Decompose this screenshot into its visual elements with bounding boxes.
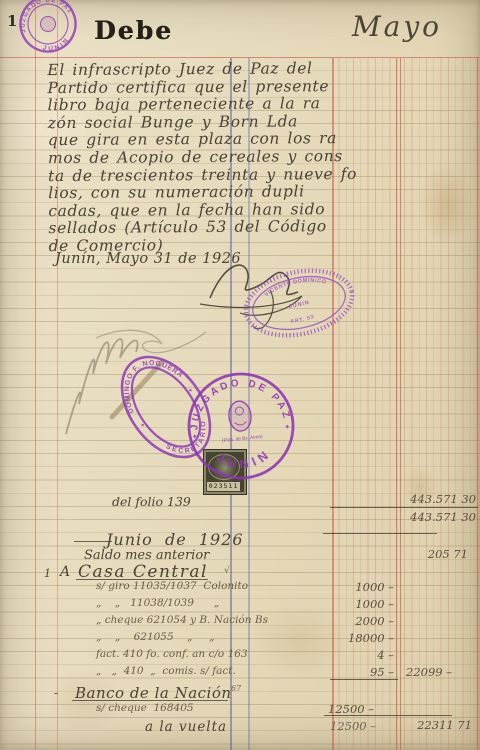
certificate-line: libro baja perteneciente a la ra bbox=[48, 95, 366, 115]
saldo-label: Saldo mes anterior bbox=[84, 548, 209, 563]
entry-total: 22099 – bbox=[400, 665, 452, 679]
money-rule-red-mid-a bbox=[396, 58, 397, 750]
page-number: 1 bbox=[7, 12, 17, 30]
certificate-line: sellados (Artículo 53 del Código bbox=[48, 218, 366, 238]
folio-label: del folio 139 bbox=[112, 494, 191, 509]
item-amount: 2000 – bbox=[322, 614, 394, 628]
item-detail: „ „ 621055 „ „ bbox=[96, 631, 215, 643]
saldo-amount: 205 71 bbox=[400, 547, 468, 561]
item-amount: 1000 – bbox=[322, 580, 394, 594]
entry-index: 1 bbox=[44, 567, 51, 580]
header-rule-red bbox=[0, 57, 480, 59]
svg-text:JUZGADO DE PAZ: JUZGADO DE PAZ bbox=[12, 0, 73, 34]
crest-icon bbox=[38, 14, 58, 34]
item-detail: „ cheque 621054 y B. Nación Bs bbox=[96, 614, 268, 626]
margin-rule-red-1 bbox=[35, 0, 36, 750]
money-rule-red-mid-b bbox=[400, 58, 401, 750]
item-amount: 95 – bbox=[322, 665, 394, 679]
carry-col2-amount: 22311 71 bbox=[400, 718, 472, 732]
ledger-page: 1 Debe Mayo El infrascripto Juez de Paz … bbox=[0, 0, 480, 750]
revenue-stamp-vignette bbox=[208, 454, 240, 480]
item-detail: fact. 410 fo. conf. an c/o 163 bbox=[96, 648, 248, 660]
entry-title-underline bbox=[72, 700, 228, 701]
revenue-stamp: 023511 bbox=[203, 449, 247, 495]
item-amount: 1000 – bbox=[322, 597, 394, 611]
month-header: Mayo bbox=[352, 10, 442, 43]
month-title: Junio de 1926 bbox=[106, 530, 244, 549]
check-mark: √ bbox=[224, 566, 230, 576]
stamp-arc-text: JUZGADO DE PAZ bbox=[12, 0, 73, 34]
carry-label: a la vuelta bbox=[145, 719, 227, 735]
carry-col1-amount: 12500 – bbox=[322, 719, 376, 733]
item-detail: s/ cheque 168405 bbox=[96, 702, 194, 714]
month-closing-rule bbox=[323, 533, 437, 534]
certificate-text: El infrascripto Juez de Paz del Partido … bbox=[47, 60, 366, 256]
column-sum-rule bbox=[330, 679, 398, 680]
folio-amount-repeat: 443.571 30 bbox=[398, 510, 476, 524]
folio-amount: 443.571 30 bbox=[398, 492, 476, 506]
debit-header: Debe bbox=[94, 16, 173, 45]
item-amount: 18000 – bbox=[322, 631, 394, 645]
money-rule-red-right bbox=[477, 58, 478, 750]
carry-rule bbox=[324, 715, 452, 716]
item-amount: 12500 – bbox=[310, 702, 374, 716]
entry-prefix: - bbox=[54, 686, 58, 700]
entry-prefix: A bbox=[60, 564, 70, 580]
court-stamp-small: JUZGADO DE PAZ JUNIN bbox=[12, 0, 85, 61]
entry-note: 67 bbox=[231, 684, 241, 693]
revenue-stamp-serial: 023511 bbox=[207, 482, 240, 491]
item-detail: „ „ 11038/1039 „ bbox=[96, 597, 219, 609]
certificate-dateline: Junín, Mayo 31 de 1926 bbox=[55, 251, 241, 267]
item-amount: 4 – bbox=[322, 648, 394, 662]
item-detail: s/ giro 11035/1037 Colonito bbox=[96, 580, 248, 592]
item-detail: „ „ 410 „ comis. s/ fact. bbox=[96, 665, 236, 677]
sum-rule bbox=[330, 507, 478, 508]
